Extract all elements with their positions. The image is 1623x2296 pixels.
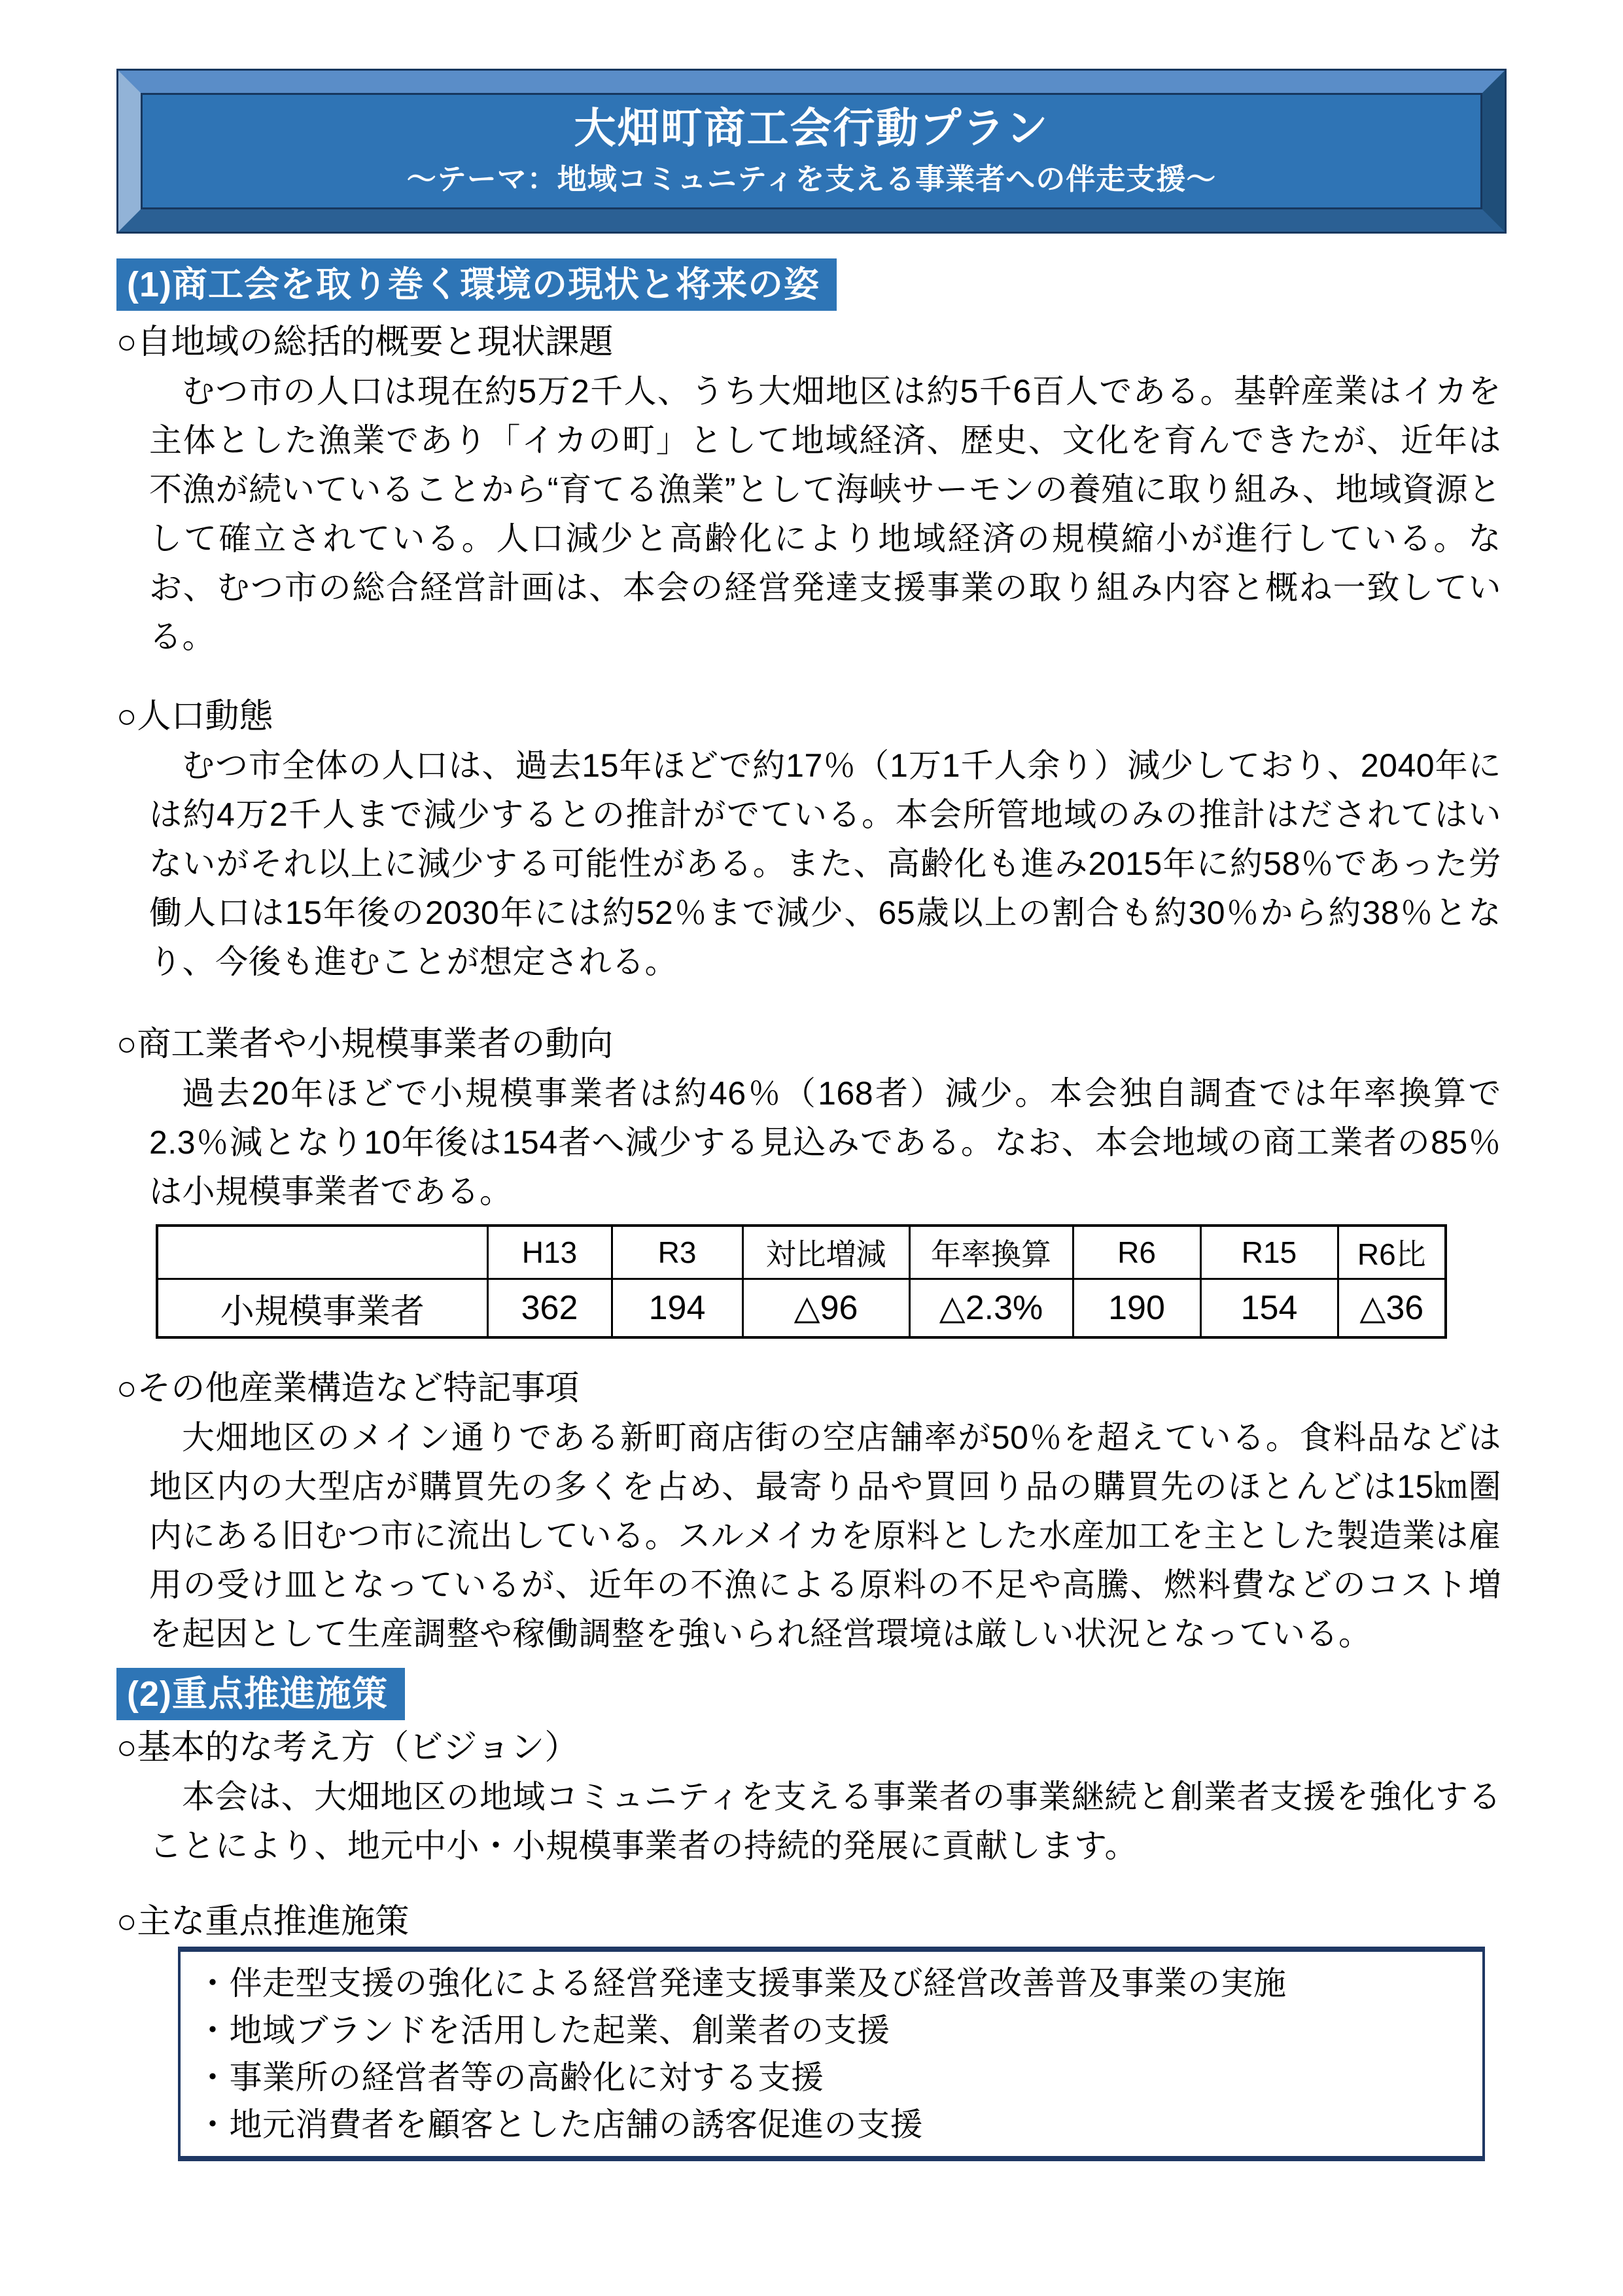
table-cell-label: 小規模事業者 bbox=[157, 1279, 487, 1338]
paragraph-regional-overview: むつ市の人口は現在約5万2千人、うち大畑地区は約5千6百人である。基幹産業はイカ… bbox=[149, 367, 1501, 662]
document-title: 大畑町商工会行動プラン bbox=[574, 105, 1049, 152]
paragraph-business-trends: 過去20年ほどで小規模事業者は約46％（168者）減少。本会独自調査では年率換算… bbox=[149, 1069, 1501, 1216]
section-heading-2: (2)重点推進施策 bbox=[116, 1668, 405, 1720]
table-header-r6-ratio: R6比 bbox=[1338, 1226, 1446, 1279]
table-header-r3: R3 bbox=[612, 1226, 742, 1279]
table-cell-r6-ratio: △36 bbox=[1338, 1279, 1446, 1338]
document-subtitle: ～テーマ：地域コミュニティを支える事業者への伴走支援～ bbox=[407, 161, 1217, 198]
subheading-business-trends: ○商工業者や小規模事業者の動向 bbox=[116, 1023, 1501, 1065]
table-header-h13: H13 bbox=[487, 1226, 612, 1279]
table-cell-diff: △96 bbox=[742, 1279, 909, 1338]
table-cell-r3: 194 bbox=[612, 1279, 742, 1338]
bullet-item-attracting-customers: ・地元消費者を顧客とした店舗の誘客促進の支援 bbox=[196, 2101, 1467, 2148]
paragraph-industry-structure: 大畑地区のメイン通りである新町商店街の空店舗率が50％を超えている。食料品などは… bbox=[149, 1413, 1501, 1659]
table-row: 小規模事業者 362 194 △96 △2.3% 190 154 △36 bbox=[157, 1279, 1446, 1338]
subheading-regional-overview: ○自地域の総括的概要と現状課題 bbox=[116, 321, 1501, 363]
bullet-item-support: ・伴走型支援の強化による経営発達支援事業及び経営改善普及事業の実施 bbox=[196, 1960, 1467, 2007]
table-cell-h13: 362 bbox=[487, 1279, 612, 1338]
document-page: 大畑町商工会行動プラン ～テーマ：地域コミュニティを支える事業者への伴走支援～ … bbox=[0, 0, 1623, 2296]
subheading-vision: ○基本的な考え方（ビジョン） bbox=[116, 1727, 1501, 1769]
document-body: (1)商工会を取り巻く環境の現状と将来の姿 ○自地域の総括的概要と現状課題 むつ… bbox=[116, 234, 1501, 2161]
subheading-industry-structure: ○その他産業構造など特記事項 bbox=[116, 1368, 1501, 1409]
table-header-r6: R6 bbox=[1073, 1226, 1200, 1279]
table-header-annual-rate: 年率換算 bbox=[909, 1226, 1073, 1279]
table-header-blank bbox=[157, 1226, 487, 1279]
table-cell-r6: 190 bbox=[1073, 1279, 1200, 1338]
paragraph-vision: 本会は、大畑地区の地域コミュニティを支える事業者の事業継続と創業者支援を強化する… bbox=[149, 1773, 1501, 1871]
paragraph-population-dynamics: むつ市全体の人口は、過去15年ほどで約17％（1万1千人余り）減少しており、20… bbox=[149, 741, 1501, 987]
table-header-diff: 対比増減 bbox=[742, 1226, 909, 1279]
small-business-table: H13 R3 対比増減 年率換算 R6 R15 R6比 小規模事業者 362 1… bbox=[156, 1224, 1447, 1339]
table-header-r15: R15 bbox=[1200, 1226, 1338, 1279]
table-cell-annual-rate: △2.3% bbox=[909, 1279, 1073, 1338]
table-cell-r15: 154 bbox=[1200, 1279, 1338, 1338]
bullet-item-aging: ・事業所の経営者等の高齢化に対する支援 bbox=[196, 2054, 1467, 2101]
key-measures-box: ・伴走型支援の強化による経営発達支援事業及び経営改善普及事業の実施 ・地域ブラン… bbox=[178, 1947, 1485, 2161]
subheading-population-dynamics: ○人口動態 bbox=[116, 696, 1501, 737]
title-banner-face: 大畑町商工会行動プラン ～テーマ：地域コミュニティを支える事業者への伴走支援～ bbox=[141, 93, 1482, 209]
section-heading-1: (1)商工会を取り巻く環境の現状と将来の姿 bbox=[116, 258, 837, 311]
table-header-row: H13 R3 対比増減 年率換算 R6 R15 R6比 bbox=[157, 1226, 1446, 1279]
title-banner-bevel: 大畑町商工会行動プラン ～テーマ：地域コミュニティを支える事業者への伴走支援～ bbox=[118, 71, 1505, 232]
subheading-key-measures: ○主な重点推進施策 bbox=[116, 1901, 1501, 1943]
bullet-item-brand: ・地域ブランドを活用した起業、創業者の支援 bbox=[196, 2007, 1467, 2054]
title-banner: 大畑町商工会行動プラン ～テーマ：地域コミュニティを支える事業者への伴走支援～ bbox=[116, 69, 1507, 234]
